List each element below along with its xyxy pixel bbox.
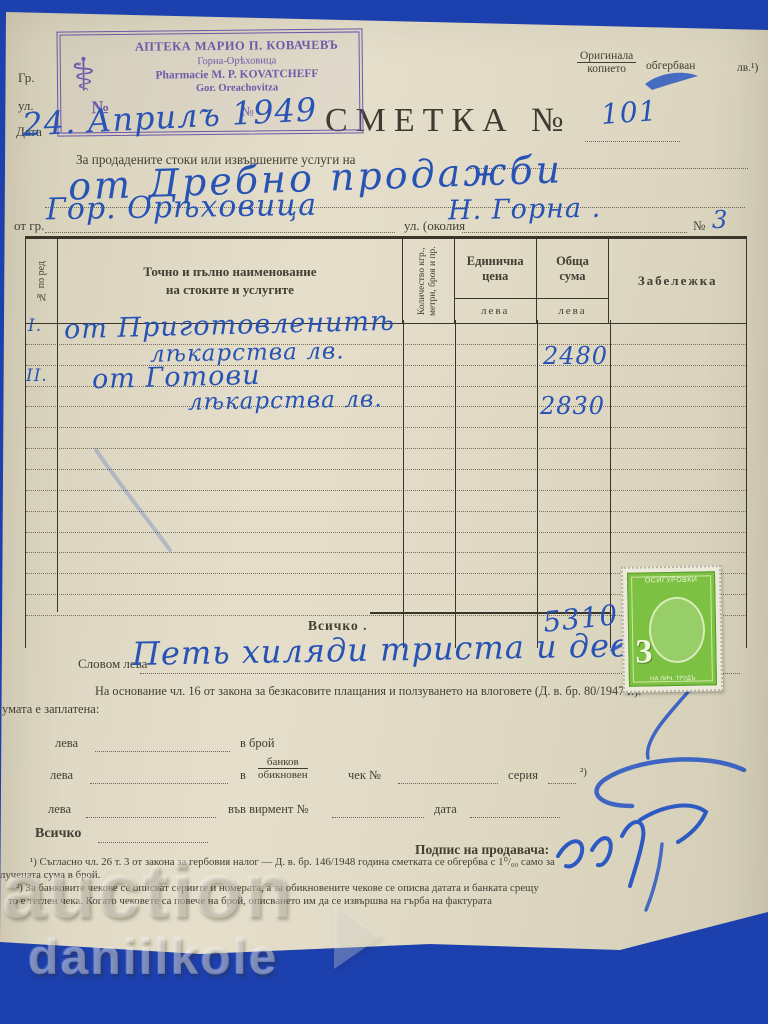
label-city: Гр. <box>18 70 34 86</box>
entry-1-no: I. <box>28 316 42 336</box>
watermark-auction: auction <box>2 845 293 936</box>
fraction-numerator: Оригинала <box>577 50 636 63</box>
revenue-stamp: ОСИГУРОВКИ 3 НА ЛИЧ. ТРУДЪ <box>621 565 723 693</box>
table-row <box>26 470 746 491</box>
in-label: в <box>240 768 246 783</box>
table-row <box>26 533 746 554</box>
col-qty-label: Количество кгр., метри, броя и пр. <box>417 239 439 323</box>
watermark-daniilkole: daniilkole <box>28 928 279 986</box>
original-copy-fraction: Оригинала копието <box>577 50 636 75</box>
handwritten-street: Н. Горна . <box>448 193 602 227</box>
play-triangle-watermark <box>334 903 382 969</box>
from-city-label: от гр. <box>14 218 44 234</box>
handwritten-no: 3 <box>712 206 728 234</box>
revenue-stamp-bottom-text: НА ЛИЧ. ТРУДЪ <box>630 675 716 683</box>
table-row <box>26 512 746 533</box>
col-no: № по ред <box>26 239 58 323</box>
in-cash-label: в брой <box>240 736 275 751</box>
ordinary-cheque-option: обикновен <box>258 769 308 781</box>
fraction-denominator: копието <box>577 63 636 75</box>
cheque-no-label: чек № <box>348 768 381 783</box>
table-row <box>26 407 746 428</box>
col-note-label: Забележка <box>638 273 718 289</box>
col-name-line2: на стоките и услугите <box>166 281 294 299</box>
invoice-number: 101 <box>600 94 659 131</box>
col-total-line2: сума <box>559 269 585 284</box>
leva-row2-label: лева <box>50 768 73 783</box>
col-unit-sub: лева <box>455 299 536 323</box>
leva-row1-label: лева <box>55 736 78 751</box>
table-row <box>26 449 746 470</box>
col-name-line1: Точно и пълно наименование <box>143 263 316 281</box>
col-qty: Количество кгр., метри, броя и пр. <box>403 239 455 323</box>
col-total: Обща сума лева <box>537 239 610 323</box>
entry-2-name2: лѣкарства лв. <box>188 386 383 415</box>
col-unit-line1: Единична <box>467 254 524 269</box>
table-row <box>26 491 746 512</box>
col-note: Забележка <box>609 239 746 323</box>
col-no-label: № по ред <box>36 261 48 302</box>
revenue-stamp-top-text: ОСИГУРОВКИ <box>628 576 714 584</box>
col-total-line1: Обща <box>556 254 589 269</box>
entry-2-total: 2830 <box>540 392 605 420</box>
cheque-type-fraction: банков обикновен <box>258 756 308 781</box>
entry-2-no: II. <box>26 366 48 386</box>
virement-date-label: дата <box>434 802 457 817</box>
entry-1-total: 2480 <box>543 342 608 370</box>
auction-photo: ⚕ АПТЕКА МАРИО П. КОВАЧЕВЪ Горна-Орѣхови… <box>0 0 768 1024</box>
pharmacy-name: АПТЕКА МАРИО П. КОВАЧЕВЪ <box>119 37 355 55</box>
col-unit-price: Единична цена лева <box>455 239 537 323</box>
revenue-stamp-value: 3 <box>635 633 653 671</box>
paid-sum-line: умата е заплатена: <box>2 702 99 717</box>
obgerbvan-label: обгербван <box>646 60 695 72</box>
virement-label: във вирмент № <box>228 802 308 817</box>
bank-cheque-option: банков <box>258 756 308 769</box>
currency-label: лв.¹) <box>737 62 758 74</box>
handwritten-city: Гор. Орѣховица <box>46 188 318 228</box>
table-row <box>26 428 746 449</box>
hygieia-staff-icon: ⚕ <box>71 47 96 101</box>
bottom-total-label: Всичко <box>35 826 81 842</box>
col-unit-line2: цена <box>482 269 508 284</box>
col-total-sub: лева <box>537 299 609 323</box>
address-no-label: № <box>693 218 705 234</box>
seria-label: серия <box>508 768 538 783</box>
leva-row3-label: лева <box>48 802 71 817</box>
seria-footnote-mark: ²) <box>580 766 587 778</box>
